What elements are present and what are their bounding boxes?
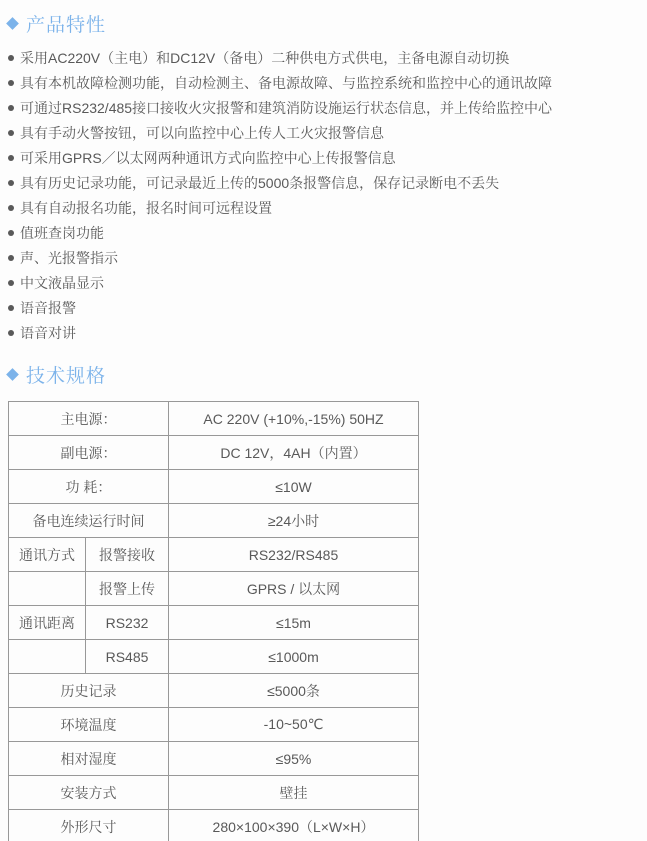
feature-text: 具有本机故障检测功能，自动检测主、备电源故障、与监控系统和监控中心的通讯故障 <box>20 73 552 93</box>
spec-sublabel: 报警上传 <box>86 572 169 606</box>
bullet-icon <box>8 280 14 286</box>
spec-value: ≤5000条 <box>169 674 419 708</box>
product-spec-page: 产品特性 采用AC220V（主电）和DC12V（备电）二种供电方式供电，主备电源… <box>0 0 647 841</box>
table-row: 主电源： AC 220V (+10%,-15%) 50HZ <box>9 402 419 436</box>
feature-item: 语音对讲 <box>8 320 647 345</box>
table-row: 副电源： DC 12V，4AH（内置） <box>9 436 419 470</box>
feature-text: 具有自动报名功能，报名时间可远程设置 <box>20 198 272 218</box>
table-row: 报警上传 GPRS / 以太网 <box>9 572 419 606</box>
spec-label: 备电连续运行时间 <box>9 504 169 538</box>
bullet-icon <box>8 205 14 211</box>
spec-value: -10~50℃ <box>169 708 419 742</box>
spec-sublabel: 报警接收 <box>86 538 169 572</box>
spec-label: 历史记录 <box>9 674 169 708</box>
table-row: 备电连续运行时间 ≥24小时 <box>9 504 419 538</box>
specs-section-header: 技术规格 <box>6 361 647 388</box>
feature-text: 声、光报警指示 <box>20 248 118 268</box>
table-row: 历史记录 ≤5000条 <box>9 674 419 708</box>
feature-text: 具有历史记录功能，可记录最近上传的5000条报警信息，保存记录断电不丢失 <box>20 173 499 193</box>
feature-item: 采用AC220V（主电）和DC12V（备电）二种供电方式供电，主备电源自动切换 <box>8 45 647 70</box>
specs-section-title: 技术规格 <box>26 361 106 388</box>
spec-label: 通讯距离 <box>9 606 86 640</box>
spec-label: 安装方式 <box>9 776 169 810</box>
spec-value: 280×100×390（L×W×H） <box>169 810 419 841</box>
bullet-icon <box>8 230 14 236</box>
spec-sublabel: RS232 <box>86 606 169 640</box>
feature-item: 语音报警 <box>8 295 647 320</box>
spec-label <box>9 640 86 674</box>
feature-item: 中文液晶显示 <box>8 270 647 295</box>
spec-value: RS232/RS485 <box>169 538 419 572</box>
spec-label <box>9 572 86 606</box>
bullet-icon <box>8 255 14 261</box>
spec-value: ≤95% <box>169 742 419 776</box>
feature-item: 可采用GPRS／以太网两种通讯方式向监控中心上传报警信息 <box>8 145 647 170</box>
spec-value: ≤15m <box>169 606 419 640</box>
spec-label: 相对湿度 <box>9 742 169 776</box>
table-row: RS485 ≤1000m <box>9 640 419 674</box>
spec-label: 主电源： <box>9 402 169 436</box>
bullet-icon <box>8 305 14 311</box>
feature-text: 具有手动火警按钮，可以向监控中心上传人工火灾报警信息 <box>20 123 384 143</box>
spec-sublabel: RS485 <box>86 640 169 674</box>
spec-label: 外形尺寸 <box>9 810 169 841</box>
diamond-icon <box>6 17 19 30</box>
spec-value: ≤1000m <box>169 640 419 674</box>
spec-value: DC 12V，4AH（内置） <box>169 436 419 470</box>
feature-item: 声、光报警指示 <box>8 245 647 270</box>
feature-text: 语音对讲 <box>20 323 76 343</box>
feature-item: 具有手动火警按钮，可以向监控中心上传人工火灾报警信息 <box>8 120 647 145</box>
feature-item: 值班查岗功能 <box>8 220 647 245</box>
features-list: 采用AC220V（主电）和DC12V（备电）二种供电方式供电，主备电源自动切换 … <box>8 45 647 345</box>
table-row: 环境温度 -10~50℃ <box>9 708 419 742</box>
feature-text: 中文液晶显示 <box>20 273 104 293</box>
table-row: 相对湿度 ≤95% <box>9 742 419 776</box>
bullet-icon <box>8 330 14 336</box>
feature-text: 可采用GPRS／以太网两种通讯方式向监控中心上传报警信息 <box>20 148 396 168</box>
spec-value: GPRS / 以太网 <box>169 572 419 606</box>
spec-value: ≤10W <box>169 470 419 504</box>
feature-text: 语音报警 <box>20 298 76 318</box>
table-row: 通讯方式 报警接收 RS232/RS485 <box>9 538 419 572</box>
feature-text: 值班查岗功能 <box>20 223 104 243</box>
spec-label: 环境温度 <box>9 708 169 742</box>
bullet-icon <box>8 180 14 186</box>
bullet-icon <box>8 105 14 111</box>
feature-item: 可通过RS232/485接口接收火灾报警和建筑消防设施运行状态信息，并上传给监控… <box>8 95 647 120</box>
spec-label: 副电源： <box>9 436 169 470</box>
spec-value: AC 220V (+10%,-15%) 50HZ <box>169 402 419 436</box>
feature-item: 具有历史记录功能，可记录最近上传的5000条报警信息，保存记录断电不丢失 <box>8 170 647 195</box>
features-section-title: 产品特性 <box>26 10 106 37</box>
diamond-icon <box>6 368 19 381</box>
bullet-icon <box>8 80 14 86</box>
spec-value: 壁挂 <box>169 776 419 810</box>
feature-item: 具有本机故障检测功能，自动检测主、备电源故障、与监控系统和监控中心的通讯故障 <box>8 70 647 95</box>
bullet-icon <box>8 130 14 136</box>
spec-value: ≥24小时 <box>169 504 419 538</box>
specs-table: 主电源： AC 220V (+10%,-15%) 50HZ 副电源： DC 12… <box>8 401 419 841</box>
feature-text: 采用AC220V（主电）和DC12V（备电）二种供电方式供电，主备电源自动切换 <box>20 48 509 68</box>
table-row: 通讯距离 RS232 ≤15m <box>9 606 419 640</box>
bullet-icon <box>8 155 14 161</box>
table-row: 外形尺寸 280×100×390（L×W×H） <box>9 810 419 841</box>
feature-text: 可通过RS232/485接口接收火灾报警和建筑消防设施运行状态信息，并上传给监控… <box>20 98 552 118</box>
bullet-icon <box>8 55 14 61</box>
table-row: 功 耗： ≤10W <box>9 470 419 504</box>
feature-item: 具有自动报名功能，报名时间可远程设置 <box>8 195 647 220</box>
features-section-header: 产品特性 <box>6 10 647 37</box>
spec-label: 功 耗： <box>9 470 169 504</box>
table-row: 安装方式 壁挂 <box>9 776 419 810</box>
spec-label: 通讯方式 <box>9 538 86 572</box>
